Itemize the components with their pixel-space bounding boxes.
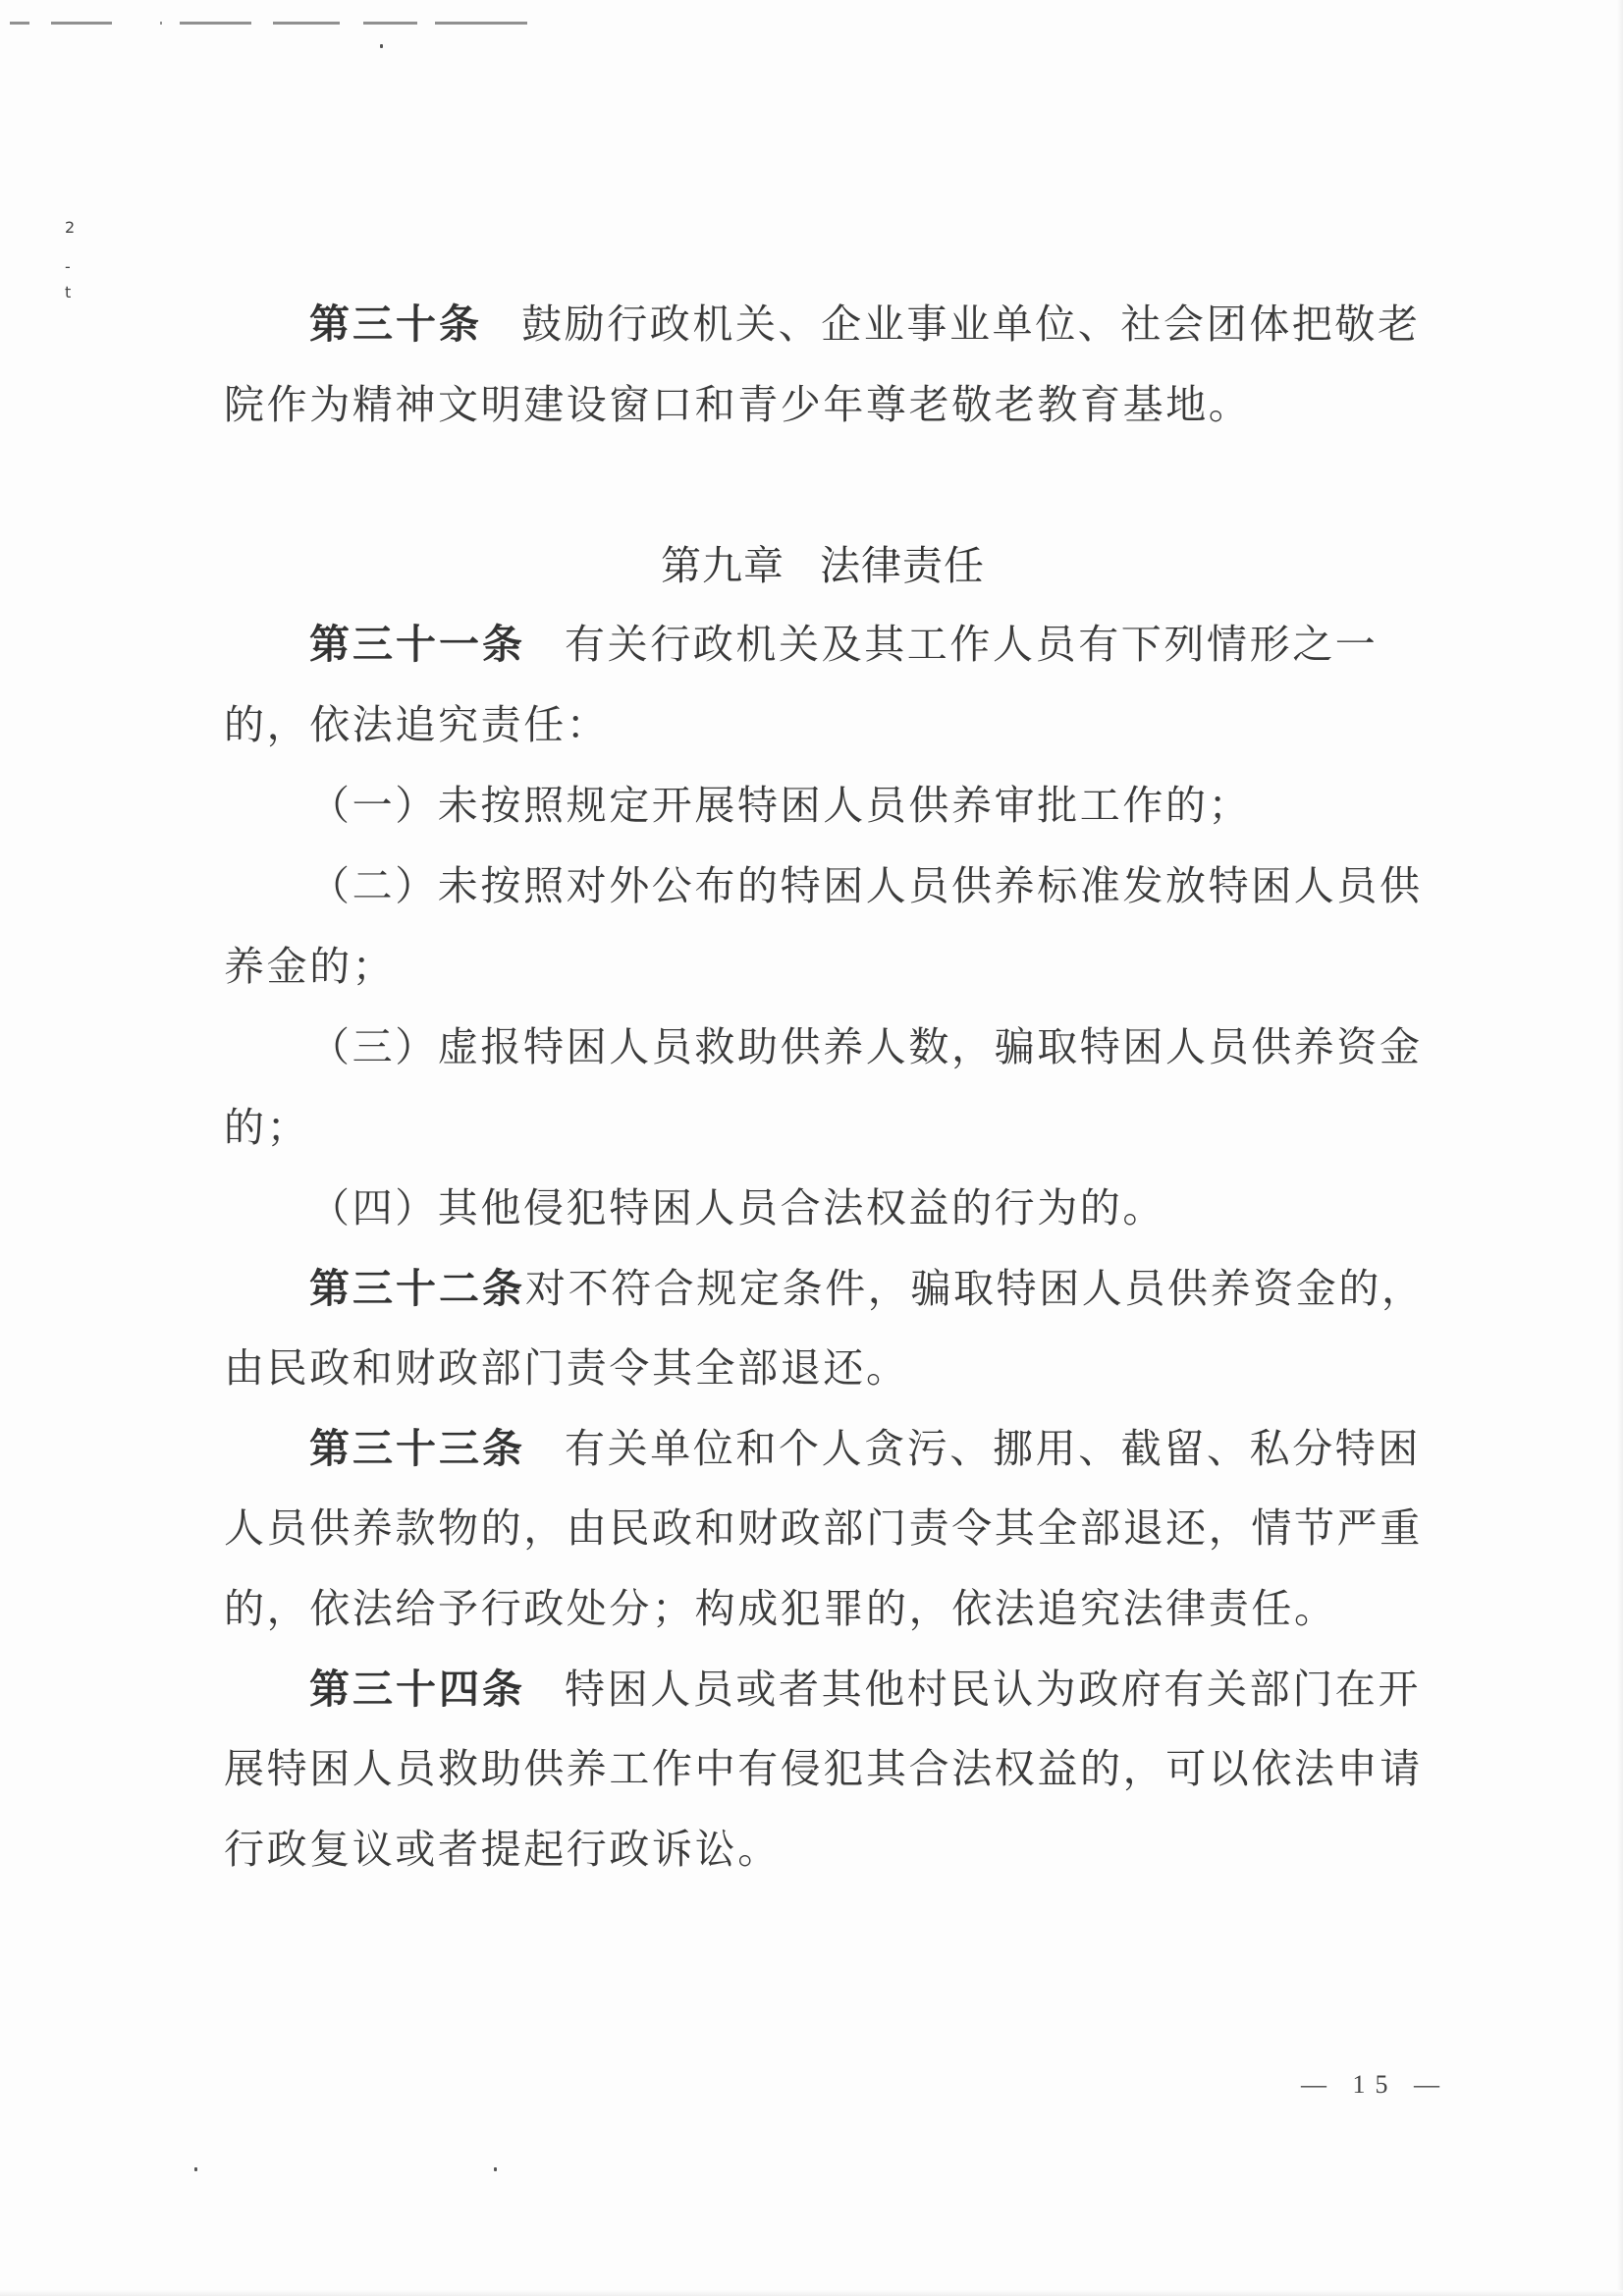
scan-speck xyxy=(194,2167,197,2171)
article-32-line-1: 第三十二条对不符合规定条件，骗取特困人员供养资金的， xyxy=(309,1259,1425,1318)
chapter-heading: 第九章法律责任 xyxy=(224,536,1422,595)
margin-mark: - xyxy=(65,257,71,276)
page-number: — 15 — xyxy=(1301,2070,1449,2100)
scan-line-segment xyxy=(363,22,417,25)
article-33-line-1: 第三十三条有关单位和个人贪污、挪用、截留、私分特困 xyxy=(309,1419,1421,1478)
article-32-line-2: 由民政和财政部门责令其全部退还。 xyxy=(224,1339,909,1397)
article-31-line-1: 第三十一条有关行政机关及其工作人员有下列情形之一 xyxy=(309,615,1378,674)
margin-mark: t xyxy=(65,283,71,301)
article-33-line-3: 的，依法给予行政处分；构成犯罪的，依法追究法律责任。 xyxy=(224,1579,1337,1638)
article-text: 对不符合规定条件，骗取特困人员供养资金的， xyxy=(525,1265,1425,1312)
scan-line-segment xyxy=(160,22,162,25)
article-34-line-3: 行政复议或者提起行政诉讼。 xyxy=(224,1820,781,1879)
article-text: 鼓励行政机关、企业事业单位、社会团体把敬老 xyxy=(521,301,1421,348)
scan-speck xyxy=(380,44,383,48)
article-label: 第三十四条 xyxy=(309,1666,525,1713)
article-33-line-2: 人员供养款物的，由民政和财政部门责令其全部退还，情节严重 xyxy=(224,1499,1423,1558)
scan-line-segment xyxy=(180,22,251,25)
scan-line-segment xyxy=(435,22,527,25)
list-item-4: （四）其他侵犯特困人员合法权益的行为的。 xyxy=(309,1178,1165,1237)
chapter-number: 第九章 xyxy=(661,542,784,589)
scan-edge-artifact xyxy=(0,22,1623,26)
scan-line-segment xyxy=(51,22,112,25)
article-text: 特困人员或者其他村民认为政府有关部门在开 xyxy=(565,1666,1421,1713)
article-34-line-2: 展特困人员救助供养工作中有侵犯其合法权益的，可以依法申请 xyxy=(224,1739,1423,1798)
article-30-line-2: 院作为精神文明建设窗口和青少年尊老敬老教育基地。 xyxy=(224,375,1251,434)
article-label: 第三十二条 xyxy=(309,1265,525,1312)
scan-line-segment xyxy=(10,22,29,25)
chapter-title: 法律责任 xyxy=(820,542,985,589)
article-text: 有关行政机关及其工作人员有下列情形之一 xyxy=(565,621,1378,668)
article-label: 第三十一条 xyxy=(309,621,525,668)
article-30-line-1: 第三十条鼓励行政机关、企业事业单位、社会团体把敬老 xyxy=(309,295,1421,354)
article-34-line-1: 第三十四条特困人员或者其他村民认为政府有关部门在开 xyxy=(309,1660,1421,1719)
list-item-1: （一）未按照规定开展特困人员供养审批工作的； xyxy=(309,776,1251,835)
list-item-2-line-2: 养金的； xyxy=(224,937,395,996)
list-item-2-line-1: （二）未按照对外公布的特困人员供养标准发放特困人员供 xyxy=(309,856,1423,915)
scan-speck xyxy=(494,2167,497,2171)
article-31-line-2: 的，依法追究责任： xyxy=(224,695,609,754)
article-text: 有关单位和个人贪污、挪用、截留、私分特困 xyxy=(565,1425,1421,1472)
article-label: 第三十三条 xyxy=(309,1425,525,1472)
article-label: 第三十条 xyxy=(309,301,482,348)
scan-edge-shadow xyxy=(1617,0,1623,2296)
scan-line-segment xyxy=(273,22,340,25)
list-item-3-line-1: （三）虚报特困人员救助供养人数，骗取特困人员供养资金 xyxy=(309,1017,1423,1076)
margin-mark: 2 xyxy=(65,218,75,237)
list-item-3-line-2: 的； xyxy=(224,1098,309,1157)
scan-edge-shadow xyxy=(0,2290,1623,2296)
